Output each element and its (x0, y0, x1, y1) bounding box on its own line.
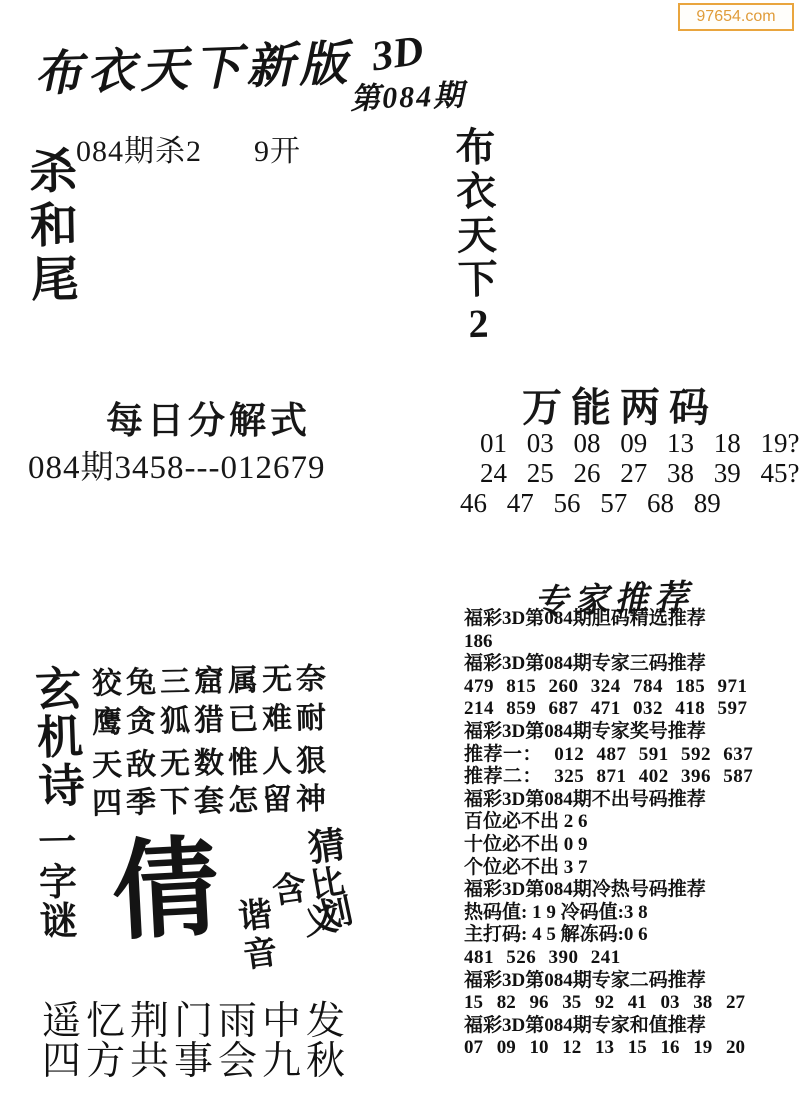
expert-line: 186 (464, 631, 794, 654)
expert-line: 福彩3D第084期专家二码推荐 (464, 970, 794, 993)
lottery-sheet: 97654.com 布衣天下新版 3D 第084期 084期杀29开 杀和尾 布… (0, 0, 800, 1116)
kill-line: 084期杀29开 (76, 126, 301, 170)
mystery-poem-line: 四季下套怎留神 (92, 774, 331, 823)
expert-line: 福彩3D第084期专家奖号推荐 (464, 721, 794, 744)
expert-line: 07 09 10 12 13 15 16 19 20 (464, 1037, 794, 1060)
expert-line: 个位必不出 3 7 (464, 857, 794, 880)
expert-line: 推荐一： 012 487 591 592 637 (464, 744, 794, 767)
universal-two-codes-row: 46 47 56 57 68 89 (460, 488, 721, 519)
expert-line: 主打码: 4 5 解冻码:0 6 (464, 924, 794, 947)
issue-number: 第084期 (349, 70, 465, 118)
expert-line: 推荐二： 325 871 402 396 587 (464, 766, 794, 789)
expert-line: 福彩3D第084期胆码精选推荐 (464, 608, 794, 631)
riddle-hint-char: 音 (240, 924, 280, 977)
expert-line: 热码值: 1 9 冷码值:3 8 (464, 902, 794, 925)
page-title: 布衣天下新版 (33, 24, 353, 104)
expert-line: 福彩3D第084期不出号码推荐 (464, 789, 794, 812)
expert-line: 福彩3D第084期专家三码推荐 (464, 653, 794, 676)
daily-formula-title: 每日分解式 (106, 390, 311, 444)
mystery-poem-vertical-label: 玄机诗 (29, 665, 90, 812)
one-char-riddle-vertical-label: 一字谜 (29, 824, 87, 944)
daily-formula-value: 084期3458---012679 (28, 441, 325, 488)
expert-line: 481 526 390 241 (464, 947, 794, 970)
bottom-verse-line: 四方共事会九秋 (42, 1030, 350, 1086)
kill-open-text: 9开 (254, 135, 301, 168)
expert-line: 214 859 687 471 032 418 597 (464, 698, 794, 721)
expert-line: 福彩3D第084期冷热号码推荐 (464, 879, 794, 902)
expert-line: 15 82 96 35 92 41 03 38 27 (464, 992, 794, 1015)
expert-line: 479 815 260 324 784 185 971 (464, 676, 794, 699)
watermark-text: 97654.com (696, 8, 775, 26)
universal-two-codes-title: 万能两码 (522, 376, 718, 433)
watermark-site-badge: 97654.com (678, 3, 794, 31)
kill-sum-tail-vertical-label: 杀和尾 (27, 146, 82, 308)
universal-two-codes-row: 24 25 26 27 38 39 45? (480, 458, 799, 489)
expert-line: 福彩3D第084期专家和值推荐 (464, 1015, 794, 1038)
universal-two-codes-row: 01 03 08 09 13 18 19? (480, 428, 799, 459)
mystery-poem-line: 鹰贪狐猎已难耐 (92, 693, 331, 742)
kill-line-text: 084期杀2 (76, 135, 202, 168)
brand-vertical-label: 布衣天下2 (452, 126, 502, 347)
expert-line: 十位必不出 0 9 (464, 834, 794, 857)
expert-recommend-block: 福彩3D第084期胆码精选推荐 186 福彩3D第084期专家三码推荐 479 … (464, 608, 794, 1060)
expert-line: 百位必不出 2 6 (464, 811, 794, 834)
riddle-character: 倩 (109, 835, 223, 949)
